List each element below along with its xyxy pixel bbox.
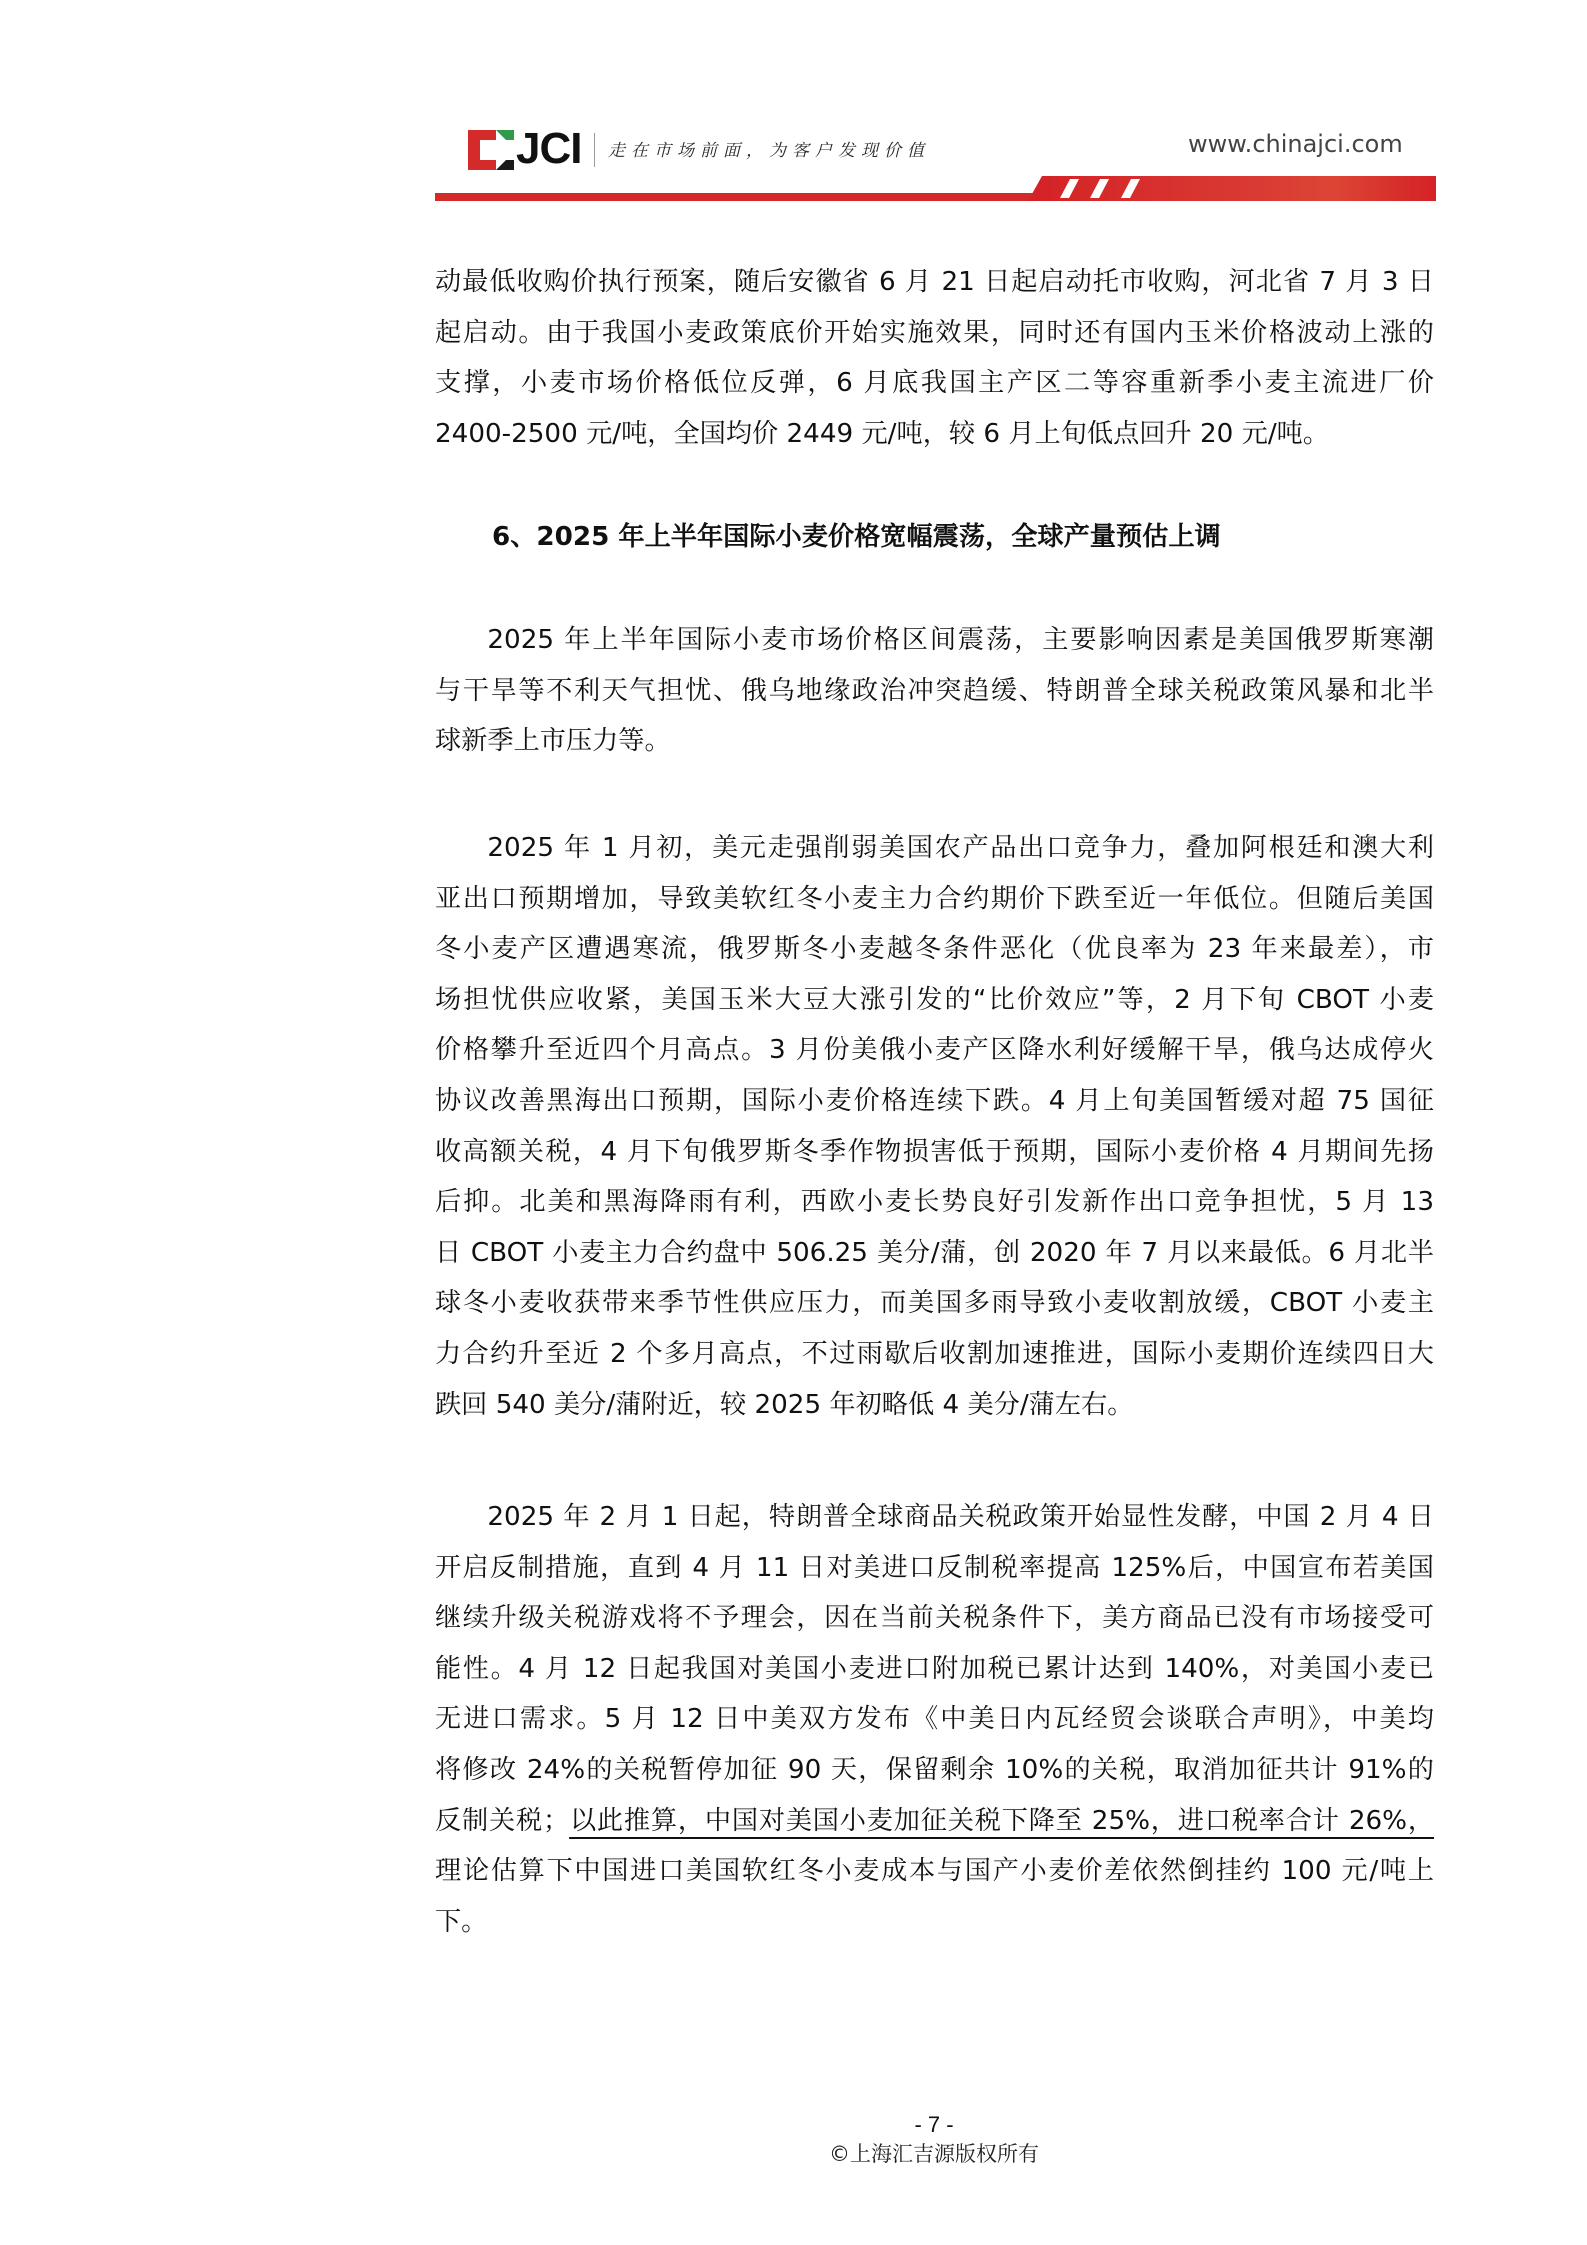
text-line: 与干旱等不利天气担忧、俄乌地缘政治冲突趋缓、特朗普全球关税政策风暴和北半 xyxy=(435,666,1434,717)
paragraph-price-timeline: 2025 年 1 月初，美元走强削弱美国农产品出口竞争力，叠加阿根廷和澳大利 亚… xyxy=(435,823,1434,1430)
copyright-notice: ©上海汇吉源版权所有 xyxy=(784,2140,1084,2168)
text-line: 球冬小麦收获带来季节性供应压力，而美国多雨导致小麦收割放缓，CBOT 小麦主 xyxy=(435,1278,1434,1329)
text-line: 收高额关税，4 月下旬俄罗斯冬季作物损害低于预期，国际小麦价格 4 月期间先扬 xyxy=(435,1127,1434,1178)
text-line: 力合约升至近 2 个多月高点，不过雨歇后收割加速推进，国际小麦期价连续四日大 xyxy=(435,1329,1434,1380)
text-line: 起启动。由于我国小麦政策底价开始实施效果，同时还有国内玉米价格波动上涨的 xyxy=(435,308,1434,359)
text-line: 球新季上市压力等。 xyxy=(435,716,1434,767)
page-number: - 7 - xyxy=(834,2112,1034,2138)
text-line: 后抑。北美和黑海降雨有利，西欧小麦长势良好引发新作出口竞争担忧，5 月 13 xyxy=(435,1177,1434,1228)
text-line: 下。 xyxy=(435,1897,1434,1948)
text-line: 价格攀升至近四个月高点。3 月份美俄小麦产区降水利好缓解干旱，俄乌达成停火 xyxy=(435,1025,1434,1076)
paragraph-intl-overview: 2025 年上半年国际小麦市场价格区间震荡，主要影响因素是美国俄罗斯寒潮 与干旱… xyxy=(435,615,1434,767)
page-header: JCI 走在市场前面，为客户发现价值 www.chinajci.com xyxy=(0,0,1587,220)
text-line: 能性。4 月 12 日起我国对美国小麦进口附加税已累计达到 140%，对美国小麦… xyxy=(435,1644,1434,1695)
text-line-underlined: 反制关税；以此推算，中国对美国小麦加征关税下降至 25%，进口税率合计 26%， xyxy=(435,1796,1434,1847)
text-line: 理论估算下中国进口美国软红冬小麦成本与国产小麦价差依然倒挂约 100 元/吨上 xyxy=(435,1846,1434,1897)
section-heading: 6、2025 年上半年国际小麦价格宽幅震荡，全球产量预估上调 xyxy=(492,512,1221,562)
text-line: 亚出口预期增加，导致美软红冬小麦主力合约期价下跌至近一年低位。但随后美国 xyxy=(435,874,1434,925)
text-line: 支撑，小麦市场价格低位反弹，6 月底我国主产区二等容重新季小麦主流进厂价 xyxy=(435,358,1434,409)
text-line: 冬小麦产区遭遇寒流，俄罗斯冬小麦越冬条件恶化（优良率为 23 年来最差），市 xyxy=(435,924,1434,975)
text-line: 场担忧供应收紧，美国玉米大豆大涨引发的“比价效应”等，2 月下旬 CBOT 小麦 xyxy=(435,975,1434,1026)
text-line: 2025 年 1 月初，美元走强削弱美国农产品出口竞争力，叠加阿根廷和澳大利 xyxy=(435,823,1434,874)
text-fragment: 反制关税； xyxy=(435,1806,569,1836)
paragraph-tariff-policy: 2025 年 2 月 1 日起，特朗普全球商品关税政策开始显性发酵，中国 2 月… xyxy=(435,1492,1434,1947)
text-line: 动最低收购价执行预案，随后安徽省 6 月 21 日起启动托市收购，河北省 7 月… xyxy=(435,257,1434,308)
text-line: 将修改 24%的关税暂停加征 90 天，保留剩余 10%的关税，取消加征共计 9… xyxy=(435,1745,1434,1796)
text-line: 跌回 540 美分/蒲附近，较 2025 年初略低 4 美分/蒲左右。 xyxy=(435,1380,1434,1431)
text-line: 2400-2500 元/吨，全国均价 2449 元/吨，较 6 月上旬低点回升 … xyxy=(435,409,1434,460)
text-line: 协议改善黑海出口预期，国际小麦价格连续下跌。4 月上旬美国暂缓对超 75 国征 xyxy=(435,1076,1434,1127)
text-line: 开启反制措施，直到 4 月 11 日对美进口反制税率提高 125%后，中国宣布若… xyxy=(435,1543,1434,1594)
text-line: 2025 年 2 月 1 日起，特朗普全球商品关税政策开始显性发酵，中国 2 月… xyxy=(435,1492,1434,1543)
text-line: 继续升级关税游戏将不予理会，因在当前关税条件下，美方商品已没有市场接受可 xyxy=(435,1593,1434,1644)
paragraph-domestic-price: 动最低收购价执行预案，随后安徽省 6 月 21 日起启动托市收购，河北省 7 月… xyxy=(435,257,1434,459)
text-line: 2025 年上半年国际小麦市场价格区间震荡，主要影响因素是美国俄罗斯寒潮 xyxy=(435,615,1434,666)
text-line: 无进口需求。5 月 12 日中美双方发布《中美日内瓦经贸会谈联合声明》，中美均 xyxy=(435,1694,1434,1745)
underlined-estimate: 以此推算，中国对美国小麦加征关税下降至 25%，进口税率合计 26%， xyxy=(569,1806,1434,1836)
header-rule-striped xyxy=(0,0,1587,220)
text-line: 日 CBOT 小麦主力合约盘中 506.25 美分/蒲，创 2020 年 7 月… xyxy=(435,1228,1434,1279)
